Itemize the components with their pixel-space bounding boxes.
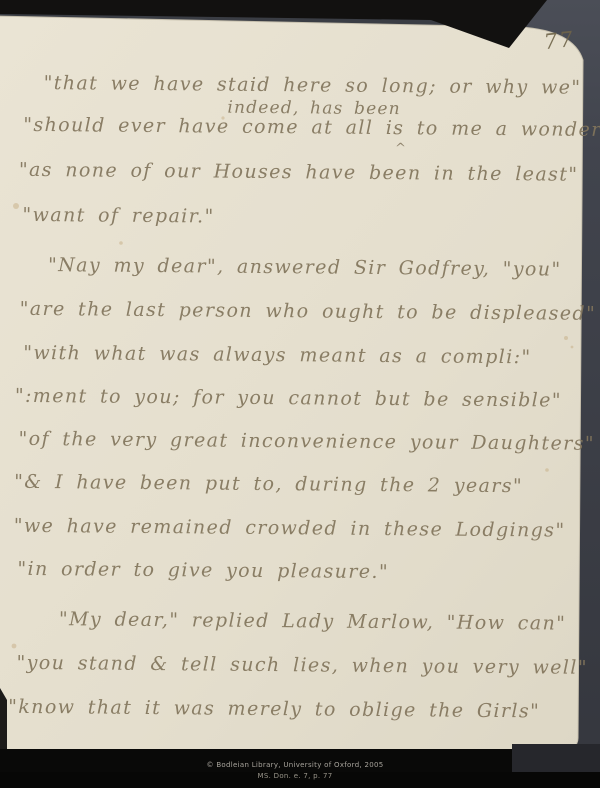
manuscript-line-1: "that we have staid here so long; or why… bbox=[44, 72, 582, 99]
manuscript-line-3: "as none of our Houses have been in the … bbox=[19, 159, 579, 186]
manuscript-photo: 77 "that we have staid here so long; or … bbox=[0, 0, 600, 788]
manuscript-line-14: "you stand & tell such lies, when you ve… bbox=[16, 652, 588, 679]
manuscript-line-11: "we have remained crowded in these Lodgi… bbox=[14, 515, 566, 542]
caption-shelfmark: MS. Don. e. 7, p. 77 bbox=[120, 771, 470, 782]
caption-copyright: © Bodleian Library, University of Oxford… bbox=[120, 760, 470, 771]
manuscript-line-13: "My dear," replied Lady Marlow, "How can… bbox=[59, 608, 567, 634]
handwriting-layer: 77 "that we have staid here so long; or … bbox=[0, 0, 600, 788]
manuscript-line-9: "of the very great inconvenience your Da… bbox=[18, 428, 595, 455]
manuscript-line-10: "& I have been put to, during the 2 year… bbox=[14, 471, 523, 497]
manuscript-line-6: "are the last person who ought to be dis… bbox=[20, 298, 597, 325]
insertion-caret-mark: ^ bbox=[395, 141, 406, 156]
manuscript-line-5: "Nay my dear", answered Sir Godfrey, "yo… bbox=[48, 254, 562, 280]
interline-insertion: indeed, has been bbox=[227, 98, 401, 120]
manuscript-line-7: "with what was always meant as a compli:… bbox=[23, 342, 532, 368]
manuscript-line-12: "in order to give you pleasure." bbox=[17, 558, 389, 583]
manuscript-line-8: ":ment to you; for you cannot but be sen… bbox=[15, 385, 562, 412]
page-number: 77 bbox=[543, 27, 576, 54]
manuscript-line-15: "know that it was merely to oblige the G… bbox=[8, 696, 540, 723]
image-caption: © Bodleian Library, University of Oxford… bbox=[120, 760, 470, 782]
manuscript-line-4: "want of repair." bbox=[22, 204, 214, 228]
